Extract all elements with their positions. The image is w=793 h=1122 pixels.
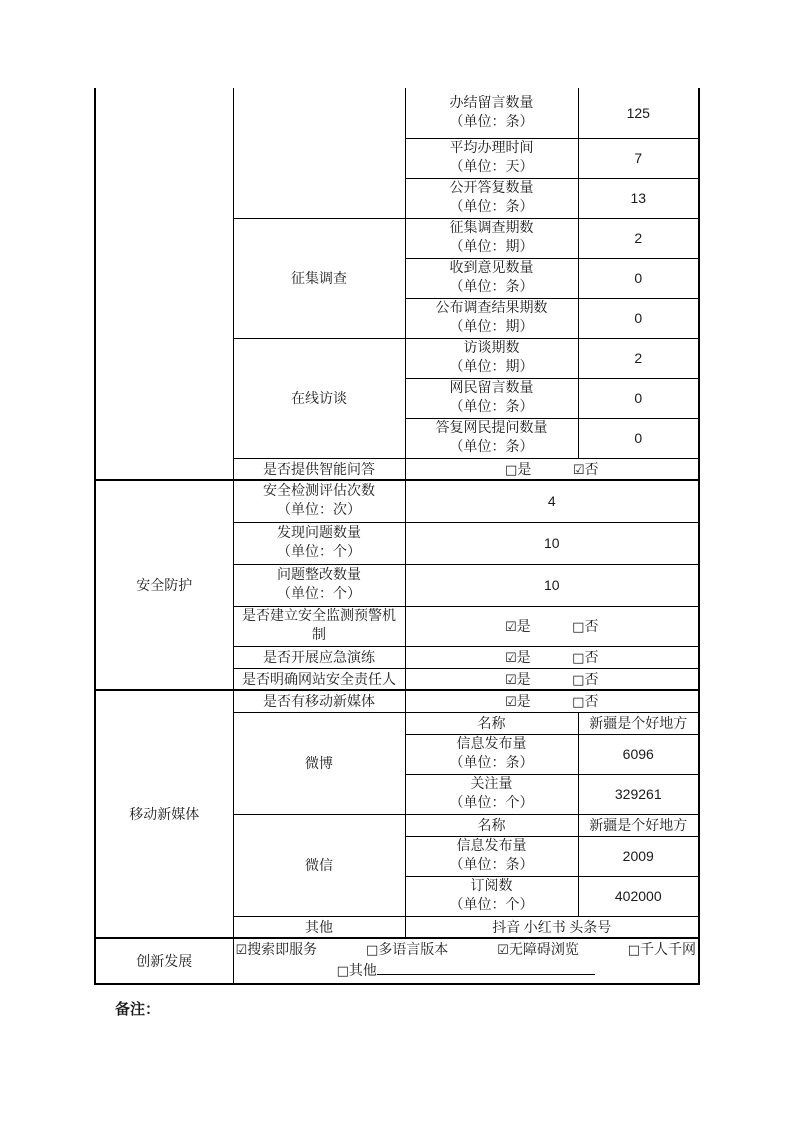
metric-unit: （单位：条） bbox=[408, 438, 576, 457]
yes-option-label: 是 bbox=[517, 695, 531, 710]
group-label-survey: 征集调查 bbox=[233, 218, 405, 338]
innovation-options-cell: ☑搜索即服务 □多语言版本 ☑无障碍浏览 □千人千网 □其他 bbox=[233, 938, 699, 984]
option-accessibility: ☑无障碍浏览 bbox=[497, 941, 579, 961]
metric-label: 征集调查期数 bbox=[408, 219, 576, 238]
metric-unit: （单位：个） bbox=[408, 794, 576, 813]
option-personalized: □千人千网 bbox=[628, 941, 696, 961]
metric-label-cell: 公开答复数量 （单位：条） bbox=[405, 178, 578, 218]
metric-label-other: 其他 bbox=[233, 916, 405, 938]
metric-label-cell: 访谈期数 （单位：期） bbox=[405, 338, 578, 378]
metric-unit: （单位：期） bbox=[408, 238, 576, 257]
report-table: 办结留言数量 （单位：条） 125 平均办理时间 （单位：天） 7 公开答复数量… bbox=[94, 88, 700, 985]
metric-value: 402000 bbox=[578, 876, 699, 916]
metric-label: 答复网民提问数量 bbox=[408, 419, 576, 438]
checkbox-unchecked-icon: □ bbox=[572, 695, 584, 710]
checkbox-checked-icon: ☑ bbox=[505, 651, 517, 666]
metric-label-cell: 办结留言数量 （单位：条） bbox=[405, 88, 578, 138]
option-label: 多语言版本 bbox=[378, 943, 448, 958]
checkbox-checked-icon: ☑ bbox=[505, 695, 517, 710]
metric-value: 2 bbox=[578, 338, 699, 378]
metric-value: 2 bbox=[578, 218, 699, 258]
metric-label-cell: 问题整改数量 （单位：个） bbox=[233, 564, 405, 606]
metric-value: 抖音 小红书 头条号 bbox=[405, 916, 699, 938]
metric-label: 信息发布量 bbox=[408, 735, 576, 754]
metric-value: 新疆是个好地方 bbox=[578, 814, 699, 836]
metric-label: 公布调查结果期数 bbox=[408, 299, 576, 318]
yes-option-label: 是 bbox=[517, 463, 531, 478]
metric-label-cell: 发现问题数量 （单位：个） bbox=[233, 522, 405, 564]
checkbox-checked-icon: ☑ bbox=[505, 620, 517, 635]
group-label-mobile-media: 移动新媒体 bbox=[95, 690, 233, 938]
yesno-cell: ☑是 □否 bbox=[405, 606, 699, 646]
option-label: 其他 bbox=[349, 964, 377, 979]
group-label-innovation: 创新发展 bbox=[95, 938, 233, 984]
metric-label: 问题整改数量 bbox=[236, 566, 403, 585]
yesno-cell: □是 ☑否 bbox=[405, 458, 699, 480]
metric-label-cell: 网民留言数量 （单位：条） bbox=[405, 378, 578, 418]
checkbox-unchecked-icon: □ bbox=[572, 673, 584, 688]
metric-label: 是否有移动新媒体 bbox=[233, 690, 405, 712]
option-label: 千人千网 bbox=[640, 943, 696, 958]
metric-value: 4 bbox=[405, 480, 699, 522]
metric-label: 信息发布量 bbox=[408, 837, 576, 856]
metric-label: 网民留言数量 bbox=[408, 379, 576, 398]
checkbox-unchecked-icon: □ bbox=[337, 964, 349, 979]
metric-label: 订阅数 bbox=[408, 877, 576, 896]
remark-label: 备注： bbox=[115, 998, 160, 1019]
metric-label-cell: 订阅数 （单位：个） bbox=[405, 876, 578, 916]
metric-label: 办结留言数量 bbox=[408, 94, 576, 113]
metric-value: 0 bbox=[578, 258, 699, 298]
metric-label-cell: 收到意见数量 （单位：条） bbox=[405, 258, 578, 298]
metric-value: 10 bbox=[405, 564, 699, 606]
metric-unit: （单位：期） bbox=[408, 358, 576, 377]
metric-value: 329261 bbox=[578, 774, 699, 814]
metric-unit: （单位：条） bbox=[408, 113, 576, 132]
metric-value: 125 bbox=[578, 88, 699, 138]
yes-option-label: 是 bbox=[517, 620, 531, 635]
metric-value: 10 bbox=[405, 522, 699, 564]
metric-label-cell: 安全检测评估次数 （单位：次） bbox=[233, 480, 405, 522]
option-label: 无障碍浏览 bbox=[509, 943, 579, 958]
metric-unit: （单位：条） bbox=[408, 856, 576, 875]
innovation-other-row: □其他 bbox=[236, 961, 697, 982]
metric-label: 名称 bbox=[405, 814, 578, 836]
metric-value: 2009 bbox=[578, 836, 699, 876]
checkbox-checked-icon: ☑ bbox=[505, 673, 517, 688]
metric-label: 关注量 bbox=[408, 775, 576, 794]
metric-unit: （单位：条） bbox=[408, 198, 576, 217]
metric-unit: （单位：个） bbox=[236, 585, 403, 604]
metric-label: 安全检测评估次数 bbox=[236, 482, 403, 501]
metric-unit: （单位：个） bbox=[408, 896, 576, 915]
metric-value: 6096 bbox=[578, 734, 699, 774]
checkbox-unchecked-icon: □ bbox=[572, 620, 584, 635]
yes-option-label: 是 bbox=[517, 651, 531, 666]
continued-subgroup-cell bbox=[233, 88, 405, 218]
checkbox-checked-icon: ☑ bbox=[573, 463, 585, 478]
yesno-cell: ☑是 □否 bbox=[405, 668, 699, 690]
metric-label: 是否提供智能问答 bbox=[233, 458, 405, 480]
metric-unit: （单位：期） bbox=[408, 318, 576, 337]
metric-value: 0 bbox=[578, 378, 699, 418]
checkbox-checked-icon: ☑ bbox=[497, 943, 509, 958]
metric-value: 13 bbox=[578, 178, 699, 218]
no-option-label: 否 bbox=[584, 695, 598, 710]
metric-label-cell: 信息发布量 （单位：条） bbox=[405, 734, 578, 774]
metric-label: 访谈期数 bbox=[408, 339, 576, 358]
metric-label-cell: 答复网民提问数量 （单位：条） bbox=[405, 418, 578, 458]
metric-label: 名称 bbox=[405, 712, 578, 734]
group-label-weibo: 微博 bbox=[233, 712, 405, 814]
metric-value: 7 bbox=[578, 138, 699, 178]
metric-label: 平均办理时间 bbox=[408, 139, 576, 158]
metric-label: 是否开展应急演练 bbox=[233, 646, 405, 668]
checkbox-unchecked-icon: □ bbox=[366, 943, 378, 958]
metric-label: 公开答复数量 bbox=[408, 179, 576, 198]
no-option-label: 否 bbox=[584, 651, 598, 666]
no-option-label: 否 bbox=[584, 673, 598, 688]
checkbox-checked-icon: ☑ bbox=[236, 943, 248, 958]
option-label: 搜索即服务 bbox=[247, 943, 317, 958]
metric-unit: （单位：个） bbox=[236, 543, 403, 562]
yesno-cell: ☑是 □否 bbox=[405, 690, 699, 712]
metric-unit: （单位：条） bbox=[408, 278, 576, 297]
yesno-cell: ☑是 □否 bbox=[405, 646, 699, 668]
checkbox-unchecked-icon: □ bbox=[505, 463, 517, 478]
group-label-interview: 在线访谈 bbox=[233, 338, 405, 458]
metric-label-cell: 征集调查期数 （单位：期） bbox=[405, 218, 578, 258]
metric-label: 是否建立安全监测预警机制 bbox=[233, 606, 405, 646]
option-search-service: ☑搜索即服务 bbox=[236, 941, 318, 961]
metric-label-cell: 公布调查结果期数 （单位：期） bbox=[405, 298, 578, 338]
innovation-options-row: ☑搜索即服务 □多语言版本 ☑无障碍浏览 □千人千网 bbox=[236, 941, 697, 961]
group-label-security: 安全防护 bbox=[95, 480, 233, 690]
metric-unit: （单位：次） bbox=[236, 501, 403, 520]
option-multilingual: □多语言版本 bbox=[366, 941, 448, 961]
group-label-wechat: 微信 bbox=[233, 814, 405, 916]
continued-group-cell bbox=[95, 88, 233, 480]
metric-unit: （单位：条） bbox=[408, 398, 576, 417]
report-table-wrap: 办结留言数量 （单位：条） 125 平均办理时间 （单位：天） 7 公开答复数量… bbox=[94, 88, 700, 985]
metric-value: 新疆是个好地方 bbox=[578, 712, 699, 734]
metric-unit: （单位：条） bbox=[408, 754, 576, 773]
metric-value: 0 bbox=[578, 418, 699, 458]
metric-label-cell: 关注量 （单位：个） bbox=[405, 774, 578, 814]
metric-label-cell: 信息发布量 （单位：条） bbox=[405, 836, 578, 876]
metric-label-cell: 平均办理时间 （单位：天） bbox=[405, 138, 578, 178]
metric-value: 0 bbox=[578, 298, 699, 338]
metric-label: 是否明确网站安全责任人 bbox=[233, 668, 405, 690]
no-option-label: 否 bbox=[584, 620, 598, 635]
metric-label: 收到意见数量 bbox=[408, 259, 576, 278]
checkbox-unchecked-icon: □ bbox=[572, 651, 584, 666]
checkbox-unchecked-icon: □ bbox=[628, 943, 640, 958]
metric-label: 发现问题数量 bbox=[236, 524, 403, 543]
yes-option-label: 是 bbox=[517, 673, 531, 688]
no-option-label: 否 bbox=[584, 463, 598, 478]
metric-unit: （单位：天） bbox=[408, 158, 576, 177]
blank-underline bbox=[377, 961, 595, 975]
